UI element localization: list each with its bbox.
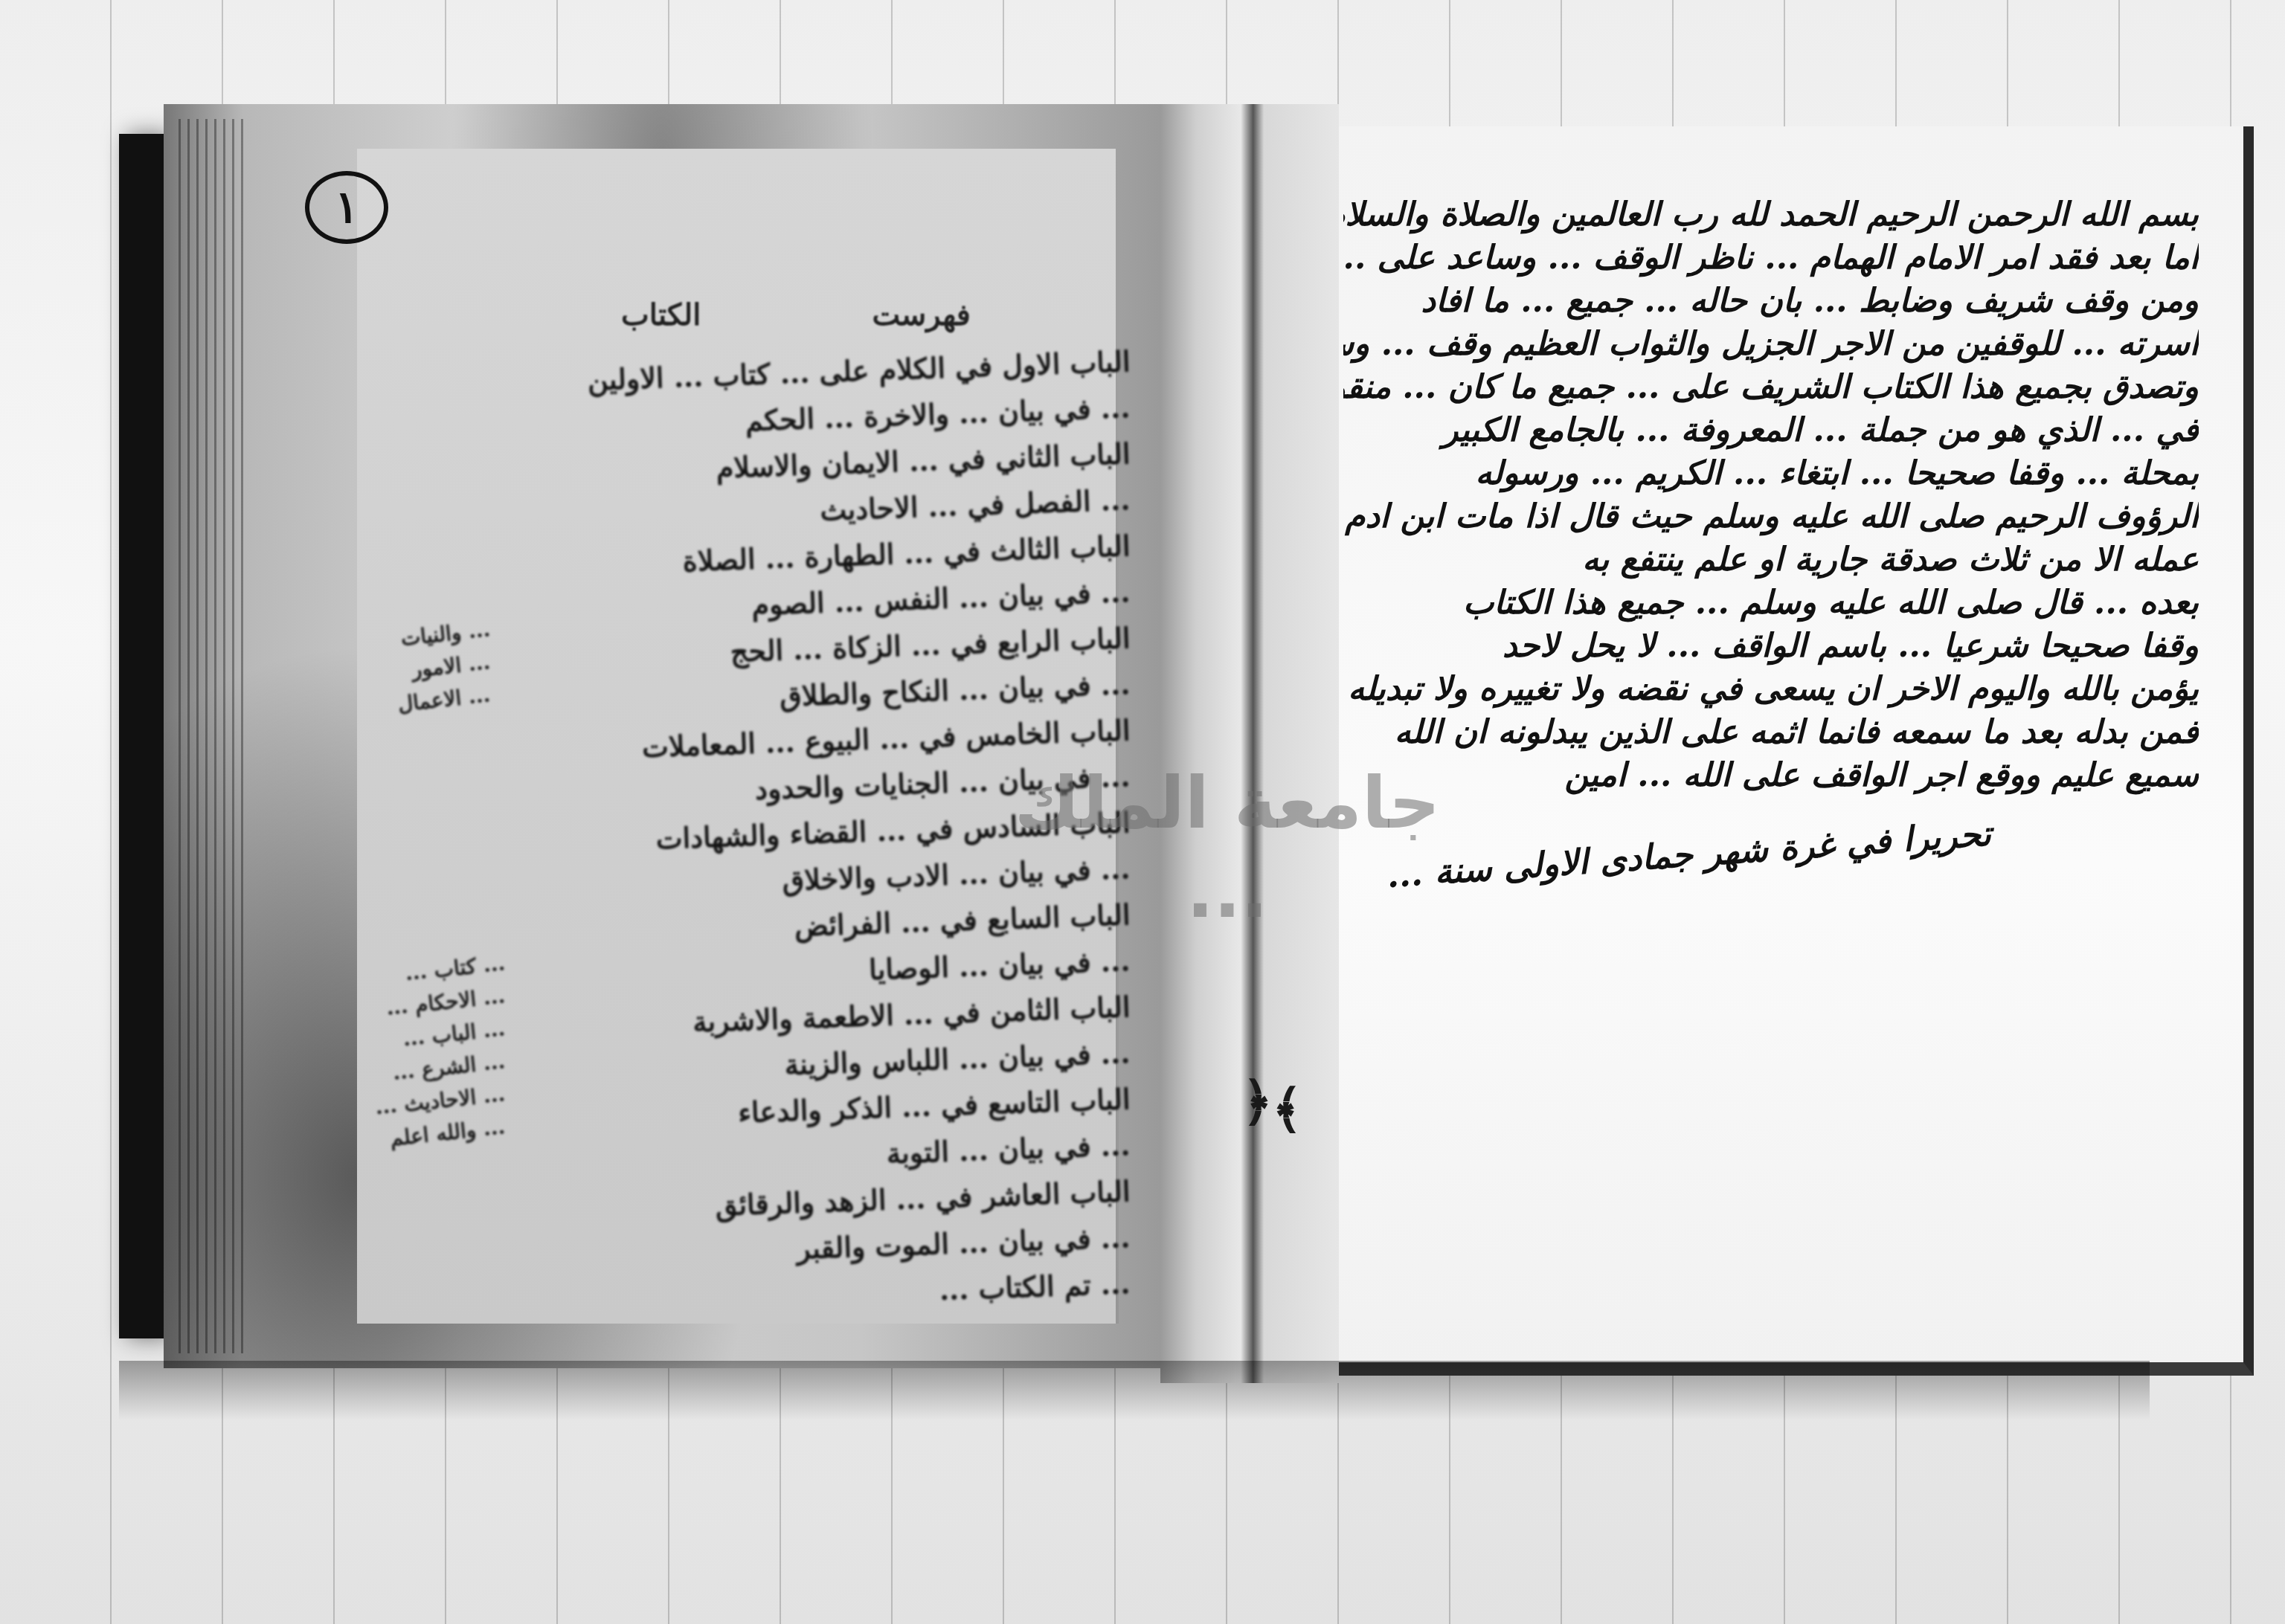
open-book: ١ فهرست الكتاب الباب الاول في الكلام على…: [119, 104, 2150, 1383]
left-page-lines: الباب الاول في الكلام على ... كتاب ... ا…: [417, 357, 1131, 1325]
text-line: وقفا صحيحا شرعيا ... باسم الواقف ... لا …: [1343, 625, 2199, 668]
text-line: في ... الذي هو من جملة ... المعروفة ... …: [1343, 409, 2199, 452]
margin-notes-upper: ... والنيات ... الامور ... الاعمال: [342, 625, 491, 723]
text-line: سميع عليم ووقع اجر الواقف على الله ... ا…: [1343, 754, 2199, 797]
book-shadow: [119, 1361, 2150, 1420]
gutter-ornament-icon: ﴾: [1272, 1078, 1302, 1140]
text-line: بمحلة ... وقفا صحيحا ... ابتغاء ... الكر…: [1343, 452, 2199, 495]
text-line: بسم الله الرحمن الرحيم الحمد لله رب العا…: [1343, 193, 2199, 236]
text-line: اما بعد فقد امر الامام الهمام ... ناظر ا…: [1343, 236, 2199, 280]
folio-number: ١: [335, 181, 359, 233]
margin-notes-lower: ... كتاب ... ... الاحكام ... ... الباب .…: [342, 959, 506, 1156]
gutter-ornament-icon: ﴿: [1242, 1071, 1273, 1132]
left-page-heading: فهرست الكتاب: [536, 297, 1056, 349]
date-line: تحريرا في غرة شهر جمادى الاولى سنة ...: [1344, 797, 2200, 900]
manuscript-scan: ١ فهرست الكتاب الباب الاول في الكلام على…: [0, 0, 2285, 1624]
text-line: وتصدق بجميع هذا الكتاب الشريف على ... جم…: [1343, 366, 2199, 409]
book-gutter: ﴿ ﴾: [1160, 104, 1339, 1383]
text-line: الرؤوف الرحيم صلى الله عليه وسلم حيث قال…: [1343, 495, 2199, 538]
heading-word: الكتاب: [621, 297, 701, 349]
right-page: بسم الله الرحمن الرحيم الحمد لله رب العا…: [1339, 126, 2254, 1376]
text-line: اسرته ... للوقفين من الاجر الجزيل والثوا…: [1343, 323, 2199, 366]
text-line: ومن وقف شريف وضابط ... بان حاله ... جميع…: [1343, 280, 2199, 323]
text-line: عمله الا من ثلاث صدقة جارية او علم ينتفع…: [1343, 538, 2199, 581]
book-cover-edge: [119, 134, 164, 1338]
endowment-note: بسم الله الرحمن الرحيم الحمد لله رب العا…: [1343, 193, 2199, 840]
text-line: يؤمن بالله واليوم الاخر ان يسعى في نقضه …: [1343, 668, 2199, 711]
heading-word: فهرست: [872, 297, 971, 349]
left-page: ١ فهرست الكتاب الباب الاول في الكلام على…: [164, 104, 1160, 1368]
folio-number-circle: ١: [305, 171, 388, 244]
text-line: بعده ... قال صلى الله عليه وسلم ... جميع…: [1343, 581, 2199, 625]
text-line: فمن بدله بعد ما سمعه فانما اثمه على الذي…: [1343, 711, 2199, 754]
